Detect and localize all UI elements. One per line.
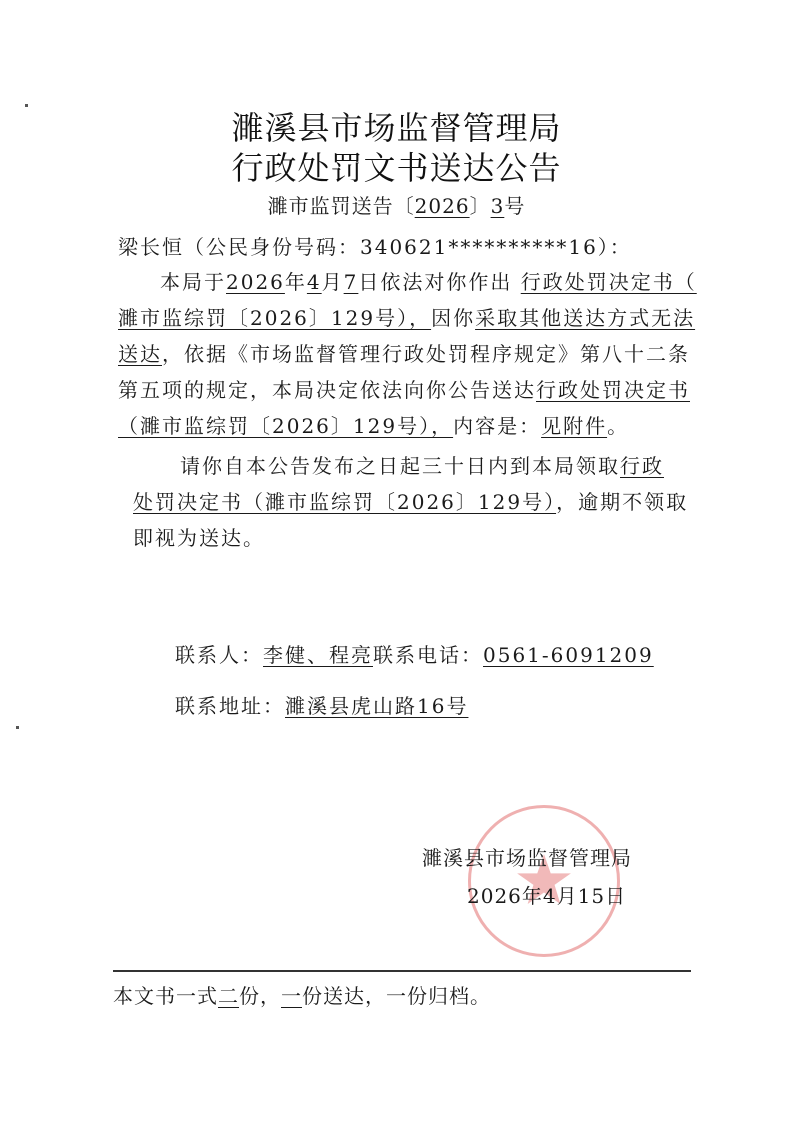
contact-address-value: 濉溪县虎山路16号 (285, 694, 468, 718)
contact-person-line: 联系人：李健、程亮联系电话：0561-6091209 (175, 639, 654, 668)
paragraph-1-line-2: 濉市监综罚〔2026〕129号），因你采取其他送达方式无法 (118, 302, 695, 331)
text: 月 (322, 270, 344, 294)
text: 本文书一式 (113, 984, 218, 1008)
decision-doc-number: 濉市监综罚〔2026〕129号）， (118, 306, 431, 330)
paragraph-2-line-2: 处罚决定书（濉市监综罚〔2026〕129号），逾期不领取 (133, 486, 688, 515)
decision-day: 7 (344, 270, 359, 294)
paragraph-1-line-4: 第五项的规定，本局决定依法向你公告送达行政处罚决定书 (118, 374, 690, 403)
document-title: 行政处罚文书送达公告 (0, 143, 793, 189)
footer-note: 本文书一式二份，一份送达，一份归档。 (113, 980, 491, 1009)
doc-number-mid: 〕 (470, 194, 491, 218)
text: 因你 (431, 306, 475, 330)
pickup-doc-number: 处罚决定书（濉市监综罚〔2026〕129号） (133, 490, 556, 514)
text: 份送达，一份归档。 (302, 984, 491, 1008)
contact-address-line: 联系地址：濉溪县虎山路16号 (175, 690, 468, 719)
text: 本局于 (160, 270, 226, 294)
signature-date: 2026年4月15日 (467, 880, 626, 909)
paragraph-1-line-3: 送达，依据《市场监督管理行政处罚程序规定》第八十二条 (118, 338, 690, 367)
scan-speck (16, 726, 19, 729)
text: 内容是： (453, 414, 541, 438)
contact-phone-label: 联系电话： (373, 643, 483, 667)
served-doc-name: 行政处罚决定书 (536, 378, 690, 402)
reason: 采取其他送达方式无法 (475, 306, 695, 330)
text: ，逾期不领取 (556, 490, 688, 514)
decision-year: 2026 (226, 270, 285, 294)
doc-number-year: 2026 (415, 194, 470, 218)
served-doc-number: （濉市监综罚〔2026〕129号）， (118, 414, 453, 438)
text: 年 (285, 270, 307, 294)
contact-phone-value: 0561-6091209 (483, 643, 654, 667)
text: 日依法对你作出 (358, 270, 520, 294)
attachment-ref: 见附件 (541, 414, 607, 438)
contact-person-label: 联系人： (175, 643, 263, 667)
document-number: 濉市监罚送告〔2026〕3号 (0, 190, 793, 219)
copies-count: 二 (218, 984, 239, 1008)
decision-doc-name: 行政处罚决定书（ (521, 270, 697, 294)
doc-number-no: 3 (491, 194, 505, 218)
footer-divider (113, 970, 691, 972)
text: 第五项的规定，本局决定依法向你公告送达 (118, 378, 536, 402)
paragraph-2-line-3: 即视为送达。 (133, 522, 265, 551)
doc-number-prefix: 濉市监罚送告〔 (268, 194, 415, 218)
text: 份， (239, 984, 281, 1008)
signature-agency: 濉溪县市场监督管理局 (422, 842, 632, 871)
text: ，依据《市场监督管理行政处罚程序规定》第八十二条 (162, 342, 690, 366)
contact-person-value: 李健、程亮 (263, 643, 373, 667)
reason-end: 送达 (118, 342, 162, 366)
paragraph-1-line-1: 本局于2026年4月7日依法对你作出 行政处罚决定书（ (160, 266, 697, 295)
recipient-line: 梁长恒（公民身份号码：340621**********16）： (118, 231, 632, 260)
contact-address-label: 联系地址： (175, 694, 285, 718)
served-count: 一 (281, 984, 302, 1008)
pickup-doc-name: 行政 (620, 454, 664, 478)
decision-month: 4 (307, 270, 322, 294)
text: 请你自本公告发布之日起三十日内到本局领取 (180, 454, 620, 478)
doc-number-suffix: 号 (504, 194, 525, 218)
paragraph-2-line-1: 请你自本公告发布之日起三十日内到本局领取行政 (180, 450, 664, 479)
text: 。 (607, 414, 629, 438)
paragraph-1-line-5: （濉市监综罚〔2026〕129号），内容是：见附件。 (118, 410, 629, 439)
